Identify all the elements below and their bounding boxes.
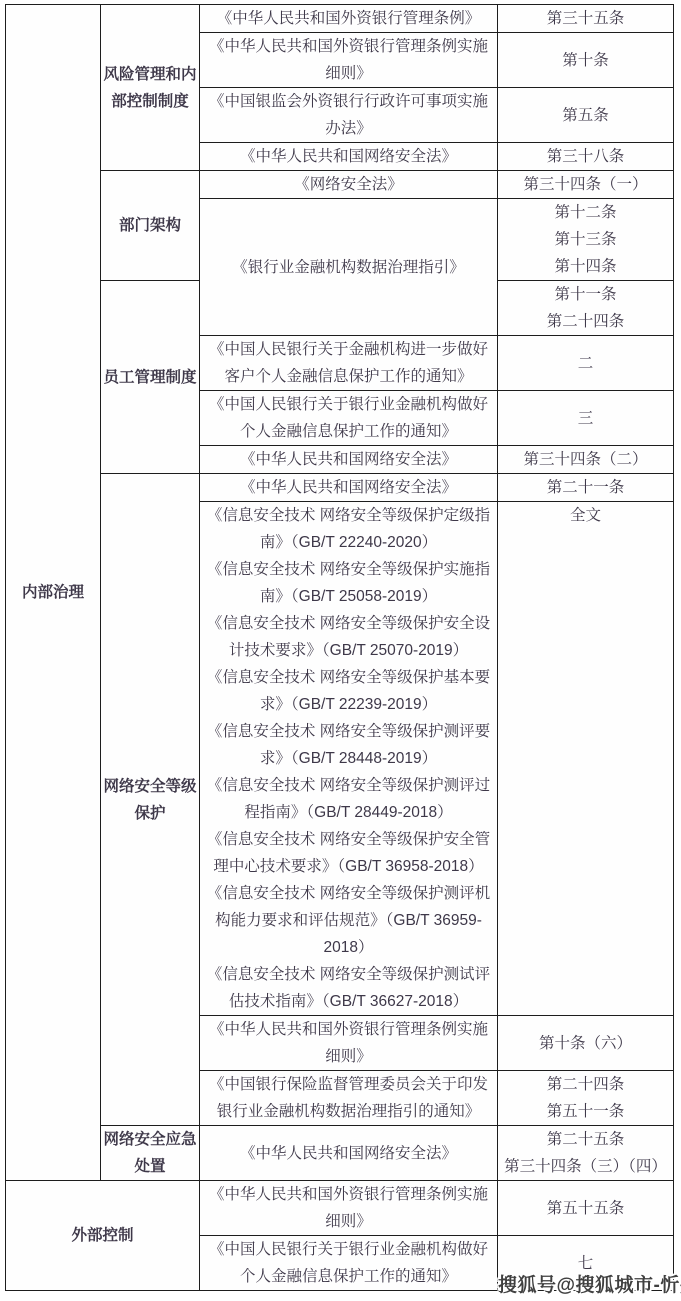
article-line: 第五十一条 [500, 1098, 671, 1125]
table-row: 部门架构《网络安全法》第三十四条（一） [6, 171, 674, 199]
article-line: 第三十八条 [500, 143, 671, 170]
sohu-watermark: 搜狐号@搜狐城市-忻州 [498, 1270, 681, 1297]
article-cell: 全文 [498, 502, 674, 1016]
article-line: 第三十四条（二） [500, 446, 671, 473]
article-line: 第三十四条（三）（四） [500, 1153, 671, 1180]
article-cell: 三 [498, 391, 674, 446]
article-cell: 第二十五条第三十四条（三）（四） [498, 1126, 674, 1181]
regulation-cell: 《中华人民共和国外资银行管理条例实施细则》 [200, 1181, 498, 1236]
article-line: 第十条（六） [500, 1030, 671, 1057]
standard-title: 《信息安全技术 网络安全等级保护安全设计技术要求》（GB/T 25070-201… [202, 610, 495, 664]
standard-title: 《信息安全技术 网络安全等级保护测评要求》（GB/T 28448-2019） [202, 718, 495, 772]
article-cell: 第五条 [498, 88, 674, 143]
article-line: 第五十五条 [500, 1195, 671, 1222]
regulation-table: 内部治理风险管理和内部控制制度《中华人民共和国外资银行管理条例》第三十五条《中华… [5, 4, 674, 1291]
regulation-cell: 《中华人民共和国网络安全法》 [200, 143, 498, 171]
article-cell: 第三十五条 [498, 5, 674, 33]
regulation-cell: 《中国人民银行关于金融机构进一步做好客户个人金融信息保护工作的通知》 [200, 336, 498, 391]
article-line: 第三十四条（一） [500, 171, 671, 198]
article-line: 第五条 [500, 102, 671, 129]
table-row: 网络安全应急处置《中华人民共和国网络安全法》第二十五条第三十四条（三）（四） [6, 1126, 674, 1181]
article-line: 第十四条 [500, 253, 671, 280]
regulation-cell: 《中华人民共和国网络安全法》 [200, 474, 498, 502]
standard-title: 《信息安全技术 网络安全等级保护测评机构能力要求和评估规范》（GB/T 3695… [202, 880, 495, 961]
regulation-cell: 《中国人民银行关于银行业金融机构做好个人金融信息保护工作的通知》 [200, 1236, 498, 1291]
regulation-cell: 《中华人民共和国外资银行管理条例》 [200, 5, 498, 33]
standard-title: 《信息安全技术 网络安全等级保护基本要求》（GB/T 22239-2019） [202, 664, 495, 718]
article-line: 二 [500, 350, 671, 377]
regulation-cell: 《中华人民共和国外资银行管理条例实施细则》 [200, 33, 498, 88]
regulation-cell: 《中国银行保险监督管理委员会关于印发银行业金融机构数据治理指引的通知》 [200, 1071, 498, 1126]
article-cell: 第十条 [498, 33, 674, 88]
subcategory-cell: 风险管理和内部控制制度 [101, 5, 200, 171]
regulation-cell: 《信息安全技术 网络安全等级保护定级指南》（GB/T 22240-2020）《信… [200, 502, 498, 1016]
regulation-cell: 《中国银监会外资银行行政许可事项实施办法》 [200, 88, 498, 143]
regulation-table-body: 内部治理风险管理和内部控制制度《中华人民共和国外资银行管理条例》第三十五条《中华… [6, 5, 674, 1291]
regulation-cell: 《中华人民共和国网络安全法》 [200, 446, 498, 474]
article-line: 第十二条 [500, 199, 671, 226]
article-line: 第十三条 [500, 226, 671, 253]
standard-title: 《信息安全技术 网络安全等级保护测评过程指南》（GB/T 28449-2018） [202, 772, 495, 826]
regulation-cell: 《中国人民银行关于银行业金融机构做好个人金融信息保护工作的通知》 [200, 391, 498, 446]
article-line: 第三十五条 [500, 5, 671, 32]
regulation-cell: 《银行业金融机构数据治理指引》 [200, 199, 498, 336]
category-cell: 内部治理 [6, 5, 101, 1181]
article-cell: 第十一条第二十四条 [498, 281, 674, 336]
article-cell: 第五十五条 [498, 1181, 674, 1236]
article-cell: 第三十八条 [498, 143, 674, 171]
table-row: 内部治理风险管理和内部控制制度《中华人民共和国外资银行管理条例》第三十五条 [6, 5, 674, 33]
article-line: 第十一条 [500, 281, 671, 308]
subcategory-cell: 部门架构 [101, 171, 200, 281]
article-cell: 第三十四条（二） [498, 446, 674, 474]
article-cell: 二 [498, 336, 674, 391]
article-line: 第二十一条 [500, 474, 671, 501]
article-cell: 第十二条第十三条第十四条 [498, 199, 674, 281]
category-cell: 外部控制 [6, 1181, 200, 1291]
article-line: 第二十四条 [500, 308, 671, 335]
subcategory-cell: 员工管理制度 [101, 281, 200, 474]
article-line: 第二十五条 [500, 1126, 671, 1153]
standard-title: 《信息安全技术 网络安全等级保护实施指南》（GB/T 25058-2019） [202, 556, 495, 610]
article-cell: 第十条（六） [498, 1016, 674, 1071]
regulation-cell: 《中华人民共和国网络安全法》 [200, 1126, 498, 1181]
standard-title: 《信息安全技术 网络安全等级保护测试评估技术指南》（GB/T 36627-201… [202, 961, 495, 1015]
table-row: 外部控制《中华人民共和国外资银行管理条例实施细则》第五十五条 [6, 1181, 674, 1236]
standard-title: 《信息安全技术 网络安全等级保护定级指南》（GB/T 22240-2020） [202, 502, 495, 556]
regulation-cell: 《中华人民共和国外资银行管理条例实施细则》 [200, 1016, 498, 1071]
subcategory-cell: 网络安全应急处置 [101, 1126, 200, 1181]
article-cell: 第三十四条（一） [498, 171, 674, 199]
article-cell: 第二十一条 [498, 474, 674, 502]
standard-title: 《信息安全技术 网络安全等级保护安全管理中心技术要求》（GB/T 36958-2… [202, 826, 495, 880]
article-line: 全文 [500, 502, 671, 529]
regulation-cell: 《网络安全法》 [200, 171, 498, 199]
page: 内部治理风险管理和内部控制制度《中华人民共和国外资银行管理条例》第三十五条《中华… [0, 4, 681, 1301]
table-row: 网络安全等级保护《中华人民共和国网络安全法》第二十一条 [6, 474, 674, 502]
article-line: 三 [500, 405, 671, 432]
article-line: 第十条 [500, 47, 671, 74]
article-cell: 第二十四条第五十一条 [498, 1071, 674, 1126]
subcategory-cell: 网络安全等级保护 [101, 474, 200, 1126]
article-line: 第二十四条 [500, 1071, 671, 1098]
